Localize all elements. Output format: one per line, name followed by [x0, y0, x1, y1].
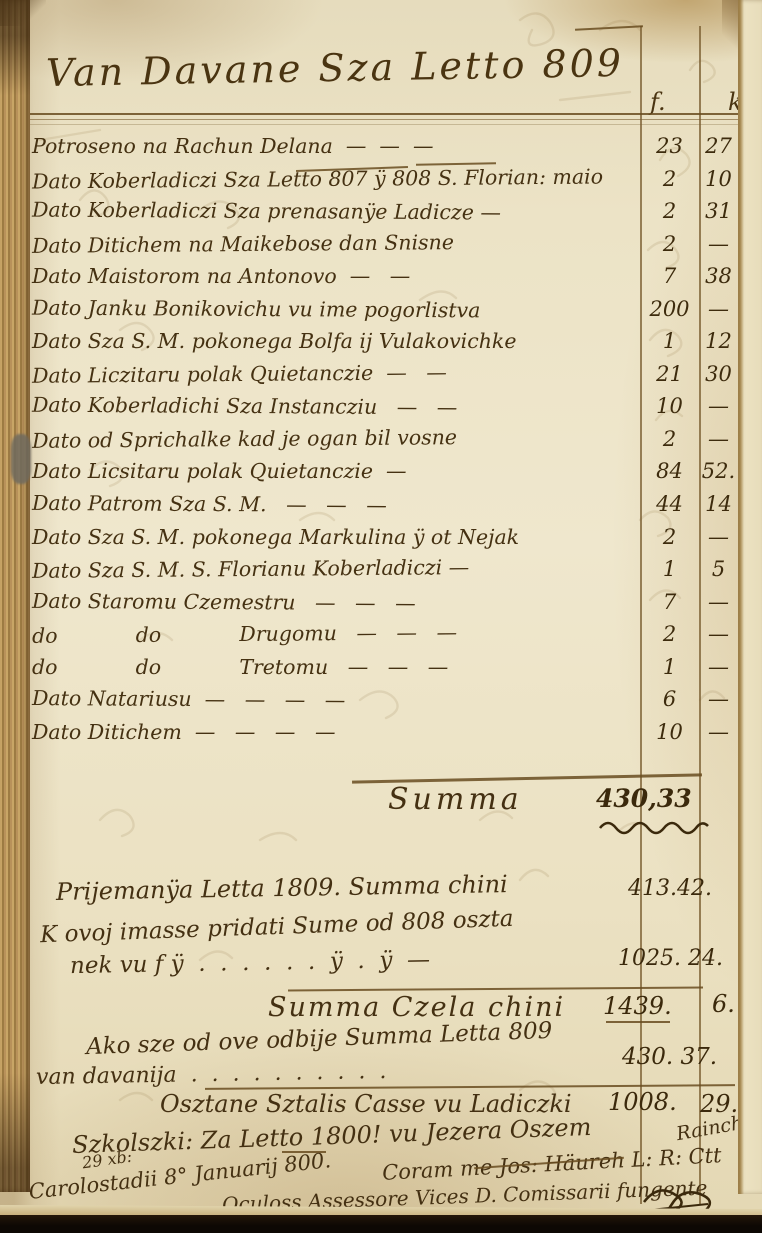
entry-text: Dato Licsitaru polak Quietanczie — — [32, 459, 407, 483]
table-row: Dato Patrom Sza S. M. — — —4414 — [0, 489, 762, 522]
table-row: Dato Sza S. M. pokonega Bolfa ij Vulakov… — [0, 326, 762, 359]
entry-florins: 10 — [641, 720, 698, 744]
entry-text: Dato Natariusu — — — — — [32, 686, 345, 712]
entry-text: Dato Patrom Sza S. M. — — — — [32, 491, 387, 517]
column-header-florins: f. — [650, 88, 666, 116]
carryover-amount: 1025. 24. — [618, 946, 723, 971]
entry-florins: 7 — [641, 264, 698, 288]
remainder-florins: 1008. — [608, 1088, 677, 1116]
entry-florins: 1 — [641, 329, 698, 353]
entry-kreuzer: — — [700, 655, 737, 679]
entry-text: Dato Janku Bonikovichu vu ime pogorlistv… — [32, 295, 480, 322]
table-row: Dato Sza S. M. S. Florianu Koberladiczi … — [0, 554, 762, 587]
header-rule-bottom — [0, 124, 762, 125]
entry-florins: 1 — [641, 655, 698, 679]
summa-underline-flourish — [598, 816, 710, 836]
table-row: Dato Licsitaru polak Quietanczie —8452. — [0, 456, 762, 489]
entry-florins: 2 — [641, 525, 698, 549]
entry-kreuzer: — — [700, 590, 737, 614]
entry-kreuzer: 14 — [700, 492, 737, 516]
table-row: do do Drugomu — — —2— — [0, 619, 762, 652]
table-row: Dato Maistorom na Antonovo — —738 — [0, 261, 762, 294]
entry-text: Dato Ditichem na Maikebose dan Snisne — [32, 230, 454, 258]
corner-shadow-topleft — [0, 0, 46, 26]
entry-text: Dato Sza S. M. pokonega Markulina ÿ ot N… — [32, 525, 519, 549]
entry-text: Dato Ditichem — — — — — [32, 720, 335, 744]
book-binding-edge — [0, 0, 30, 1192]
entry-kreuzer: — — [700, 622, 737, 646]
book-cover-shadow — [0, 1215, 762, 1233]
summa-czela-underline — [606, 1021, 670, 1023]
summa-czela-florins: 1439. — [603, 992, 672, 1020]
entry-florins: 1 — [641, 557, 698, 581]
entry-florins: 6 — [641, 687, 698, 711]
header-rule-top — [0, 113, 762, 115]
entry-florins: 7 — [641, 590, 698, 614]
deduction-line-1: Ako sze od ove odbije Summa Letta 809 — [86, 1018, 553, 1060]
entry-kreuzer: 5 — [700, 557, 737, 581]
entry-kreuzer: — — [700, 525, 737, 549]
summa-label: Summa — [388, 782, 523, 817]
table-row: Dato Staromu Czemestru — — —7— — [0, 587, 762, 620]
receipts-1809-line: Prijemanÿa Letta 1809. Summa chini — [56, 870, 508, 906]
entry-florins: 200 — [641, 297, 698, 321]
entry-florins: 10 — [641, 394, 698, 418]
table-row: do do Tretomu — — —1— — [0, 652, 762, 685]
page-title: Van Davane Sza Letto 809 — [46, 41, 625, 95]
ledger-page: Van Davane Sza Letto 809 f. k. Potroseno… — [0, 0, 762, 1212]
carryover-line-1: K ovoj imasse pridati Sume od 808 oszta — [40, 906, 514, 949]
deduction-amount: 430. 37. — [622, 1044, 717, 1070]
entry-text: Dato Maistorom na Antonovo — — — [32, 264, 410, 288]
table-row: Dato od Sprichalke kad je ogan bil vosne… — [0, 424, 762, 457]
table-row: Dato Janku Bonikovichu vu ime pogorlistv… — [0, 294, 762, 327]
header-rule-mid — [0, 119, 762, 120]
deduction-line-2: van davanija . . . . . . . . . . — [36, 1059, 387, 1090]
entry-kreuzer: — — [700, 427, 737, 451]
table-row: Dato Koberladiczi Sza prenasanÿe Ladicze… — [0, 196, 762, 229]
table-row: Dato Koberladichi Sza Instancziu — —10— — [0, 391, 762, 424]
entry-florins: 2 — [641, 232, 698, 256]
carryover-line-2: nek vu f ÿ . . . . . . ÿ . ÿ — — [70, 947, 430, 979]
entry-text: Dato od Sprichalke kad je ogan bil vosne — [32, 425, 457, 453]
entry-kreuzer: — — [700, 687, 737, 711]
entry-kreuzer: 38 — [700, 264, 737, 288]
entry-kreuzer: 27 — [700, 134, 737, 158]
ledger-book-scan: Van Davane Sza Letto 809 f. k. Potroseno… — [0, 0, 762, 1233]
entry-kreuzer: 10 — [700, 167, 737, 191]
school-fund-line: Szkolszki: Za Letto 1800! vu Jezera Osze… — [72, 1113, 592, 1159]
table-row: Dato Sza S. M. pokonega Markulina ÿ ot N… — [0, 522, 762, 555]
entry-kreuzer: — — [700, 297, 737, 321]
entry-text: Dato Liczitaru polak Quietanczie — — — [32, 360, 447, 388]
next-page-edge — [738, 0, 762, 1194]
summa-czela-kreuzer: 6. — [712, 990, 735, 1018]
entry-kreuzer: 52. — [700, 459, 737, 483]
top-corner-rule — [575, 25, 643, 31]
entry-florins: 44 — [641, 492, 698, 516]
table-row: Dato Natariusu — — — —6— — [0, 684, 762, 717]
summa-value: 430,33 — [596, 784, 692, 813]
entry-kreuzer: — — [700, 720, 737, 744]
entry-kreuzer: — — [700, 394, 737, 418]
entry-text: Dato Koberladichi Sza Instancziu — — — [32, 393, 457, 420]
entry-text: Dato Sza S. M. S. Florianu Koberladiczi … — [32, 555, 469, 583]
entry-text: Dato Staromu Czemestru — — — — [32, 588, 416, 614]
binding-stain — [11, 434, 31, 484]
entry-florins: 84 — [641, 459, 698, 483]
entry-text: do do Tretomu — — — — [32, 655, 448, 679]
entry-florins: 2 — [641, 167, 698, 191]
table-row: Dato Ditichem — — — —10— — [0, 717, 762, 750]
entry-florins: 23 — [641, 134, 698, 158]
entry-kreuzer: 12 — [700, 329, 737, 353]
entry-florins: 21 — [641, 362, 698, 386]
entry-florins: 2 — [641, 622, 698, 646]
table-row: Dato Ditichem na Maikebose dan Snisne2— — [0, 229, 762, 262]
entry-text: Dato Koberladiczi Sza prenasanÿe Ladicze… — [32, 198, 501, 225]
remainder-line: Osztane Sztalis Casse vu Ladiczki — [160, 1090, 572, 1118]
entry-kreuzer: — — [700, 232, 737, 256]
entry-text: do do Drugomu — — — — [32, 620, 457, 648]
table-row: Dato Liczitaru polak Quietanczie — —2130 — [0, 359, 762, 392]
entry-florins: 2 — [641, 199, 698, 223]
entry-text: Dato Sza S. M. pokonega Bolfa ij Vulakov… — [32, 329, 516, 353]
table-row: Potroseno na Rachun Delana — — —2327 — [0, 131, 762, 164]
entry-text: Potroseno na Rachun Delana — — — — [32, 134, 433, 158]
receipts-1809-amount: 413.42. — [628, 876, 712, 901]
entry-kreuzer: 30 — [700, 362, 737, 386]
entry-florins: 2 — [641, 427, 698, 451]
ledger-rows: Potroseno na Rachun Delana — — —2327 Dat… — [0, 131, 762, 749]
entry-kreuzer: 31 — [700, 199, 737, 223]
